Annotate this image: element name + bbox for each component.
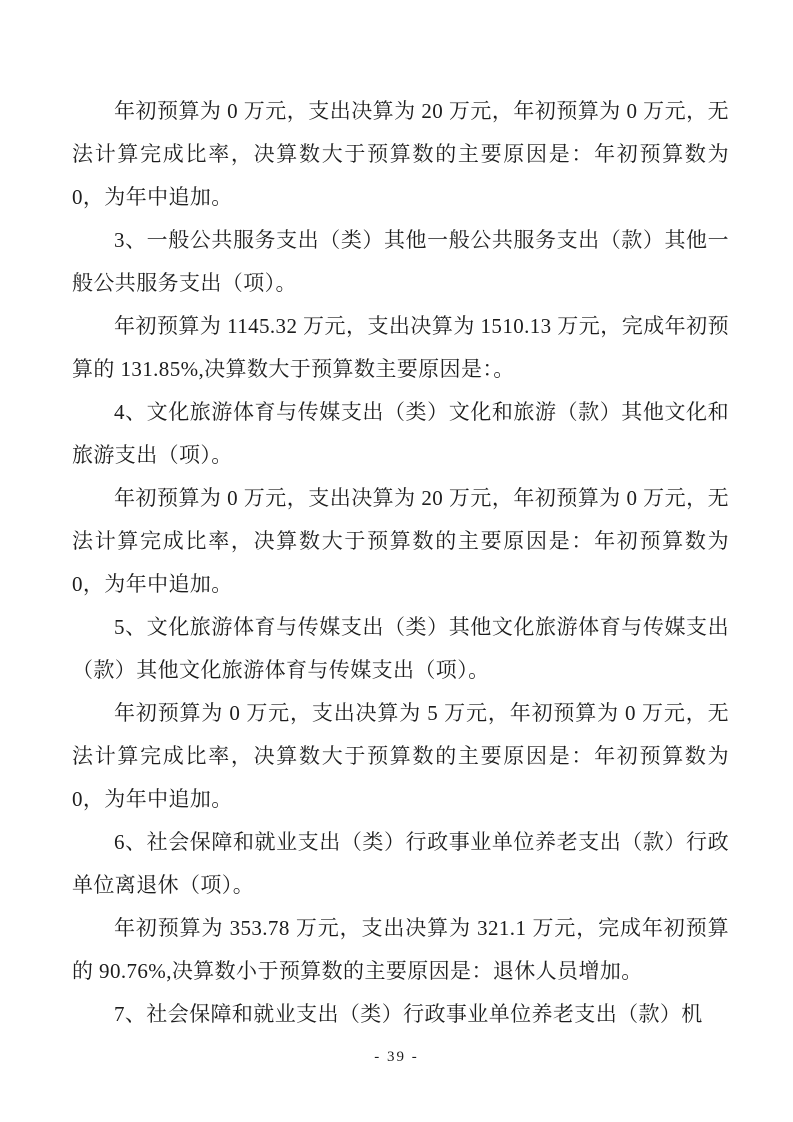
body-paragraph: 年初预算为 0 万元，支出决算为 5 万元，年初预算为 0 万元，无法计算完成比… xyxy=(72,692,729,821)
document-page: 年初预算为 0 万元，支出决算为 20 万元，年初预算为 0 万元，无法计算完成… xyxy=(0,0,793,1122)
body-paragraph: 年初预算为 353.78 万元，支出决算为 321.1 万元，完成年初预算的 9… xyxy=(72,907,729,993)
body-paragraph: 年初预算为 0 万元，支出决算为 20 万元，年初预算为 0 万元，无法计算完成… xyxy=(72,477,729,606)
body-paragraph: 7、社会保障和就业支出（类）行政事业单位养老支出（款）机 xyxy=(72,993,729,1036)
page-number: - 39 - xyxy=(0,1049,793,1066)
body-paragraph: 3、一般公共服务支出（类）其他一般公共服务支出（款）其他一般公共服务支出（项）。 xyxy=(72,219,729,305)
body-paragraph: 6、社会保障和就业支出（类）行政事业单位养老支出（款）行政单位离退休（项）。 xyxy=(72,821,729,907)
body-paragraph: 5、文化旅游体育与传媒支出（类）其他文化旅游体育与传媒支出（款）其他文化旅游体育… xyxy=(72,606,729,692)
body-paragraph: 年初预算为 1145.32 万元，支出决算为 1510.13 万元，完成年初预算… xyxy=(72,305,729,391)
body-paragraph: 4、文化旅游体育与传媒支出（类）文化和旅游（款）其他文化和旅游支出（项）。 xyxy=(72,391,729,477)
body-paragraph: 年初预算为 0 万元，支出决算为 20 万元，年初预算为 0 万元，无法计算完成… xyxy=(72,90,729,219)
